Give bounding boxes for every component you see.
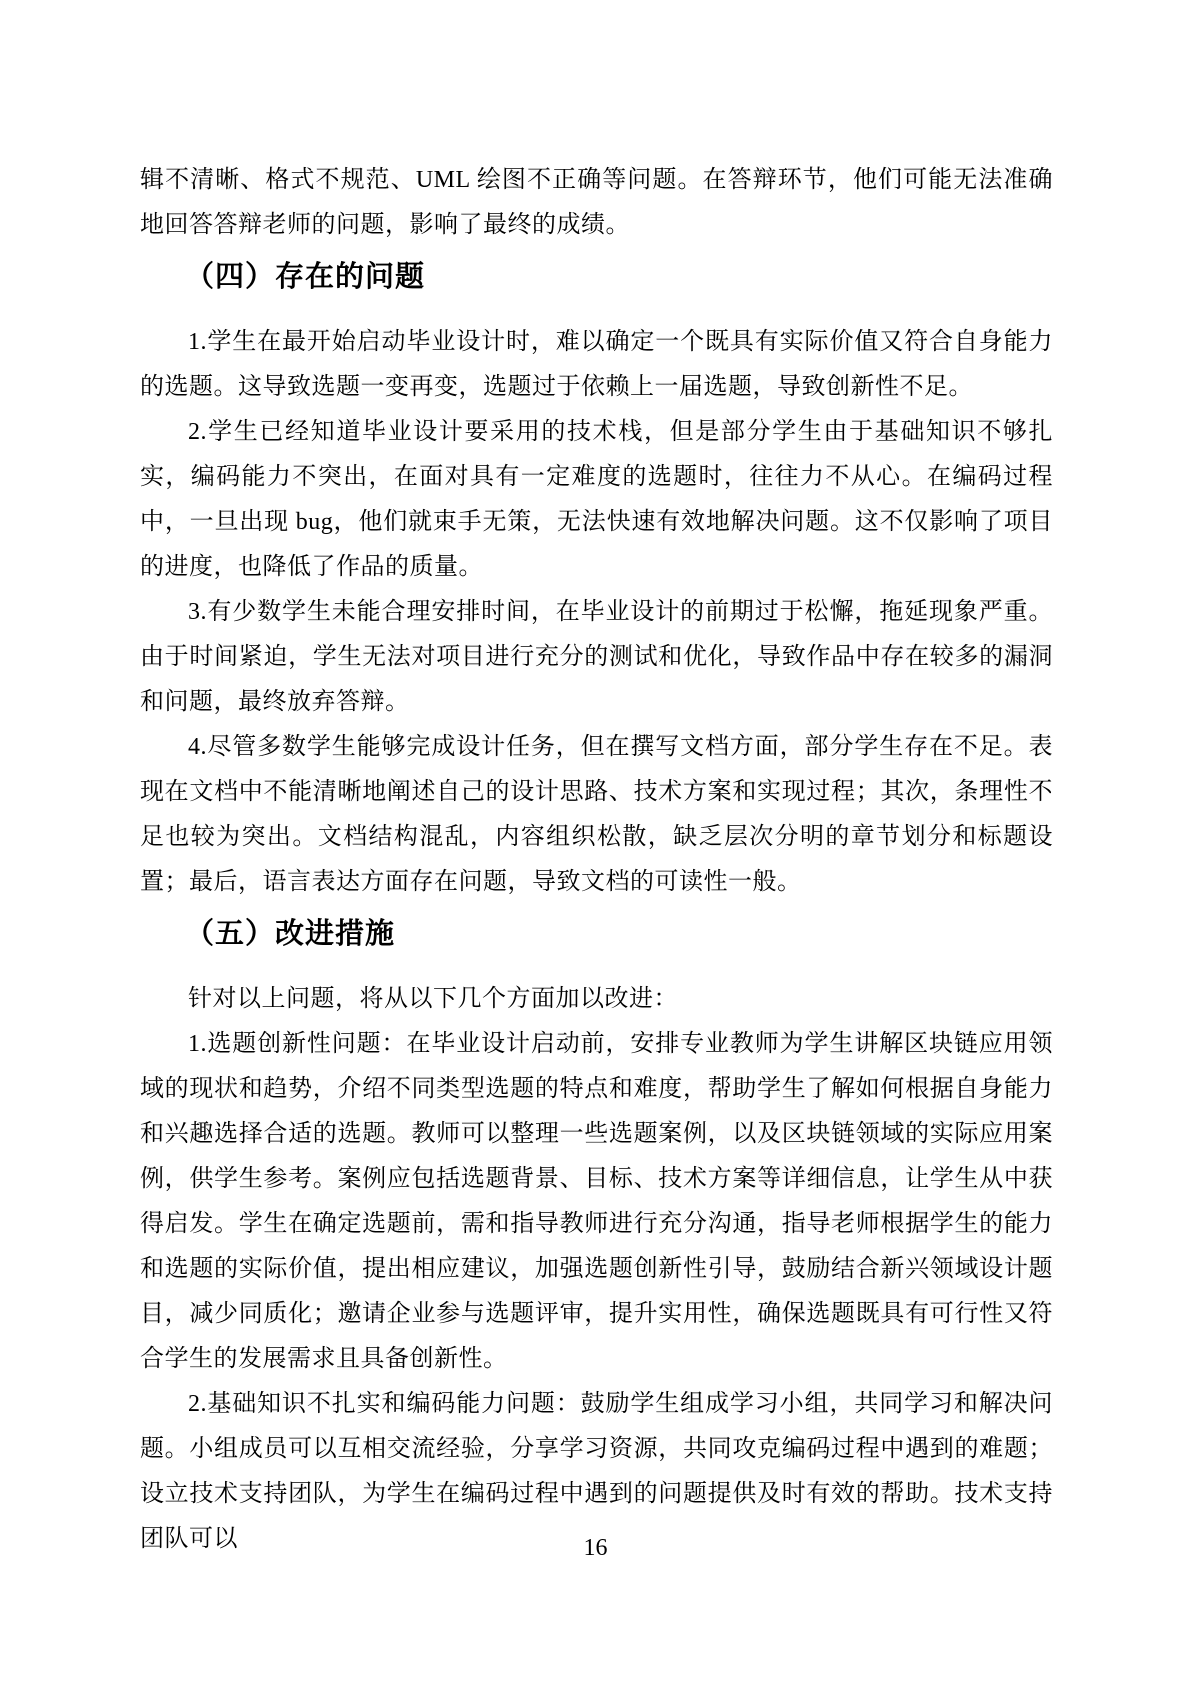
section-heading-problems: （四）存在的问题 — [140, 252, 1053, 302]
section-heading-improvements: （五）改进措施 — [140, 909, 1053, 959]
body-paragraph-problem-3: 3.有少数学生未能合理安排时间，在毕业设计的前期过于松懈，拖延现象严重。由于时间… — [140, 590, 1053, 725]
continuation-paragraph: 辑不清晰、格式不规范、UML 绘图不正确等问题。在答辩环节，他们可能无法准确地回… — [140, 158, 1053, 248]
page-number: 16 — [0, 1533, 1191, 1563]
body-paragraph-improvement-1: 1.选题创新性问题：在毕业设计启动前，安排专业教师为学生讲解区块链应用领域的现状… — [140, 1022, 1053, 1382]
body-paragraph-problem-2: 2.学生已经知道毕业设计要采用的技术栈，但是部分学生由于基础知识不够扎实，编码能… — [140, 410, 1053, 590]
body-paragraph-problem-1: 1.学生在最开始启动毕业设计时，难以确定一个既具有实际价值又符合自身能力的选题。… — [140, 320, 1053, 410]
page-content: 辑不清晰、格式不规范、UML 绘图不正确等问题。在答辩环节，他们可能无法准确地回… — [140, 158, 1053, 1562]
body-paragraph-improvement-intro: 针对以上问题，将从以下几个方面加以改进： — [140, 977, 1053, 1022]
document-page: 辑不清晰、格式不规范、UML 绘图不正确等问题。在答辩环节，他们可能无法准确地回… — [0, 0, 1191, 1684]
body-paragraph-problem-4: 4.尽管多数学生能够完成设计任务，但在撰写文档方面，部分学生存在不足。表现在文档… — [140, 725, 1053, 905]
